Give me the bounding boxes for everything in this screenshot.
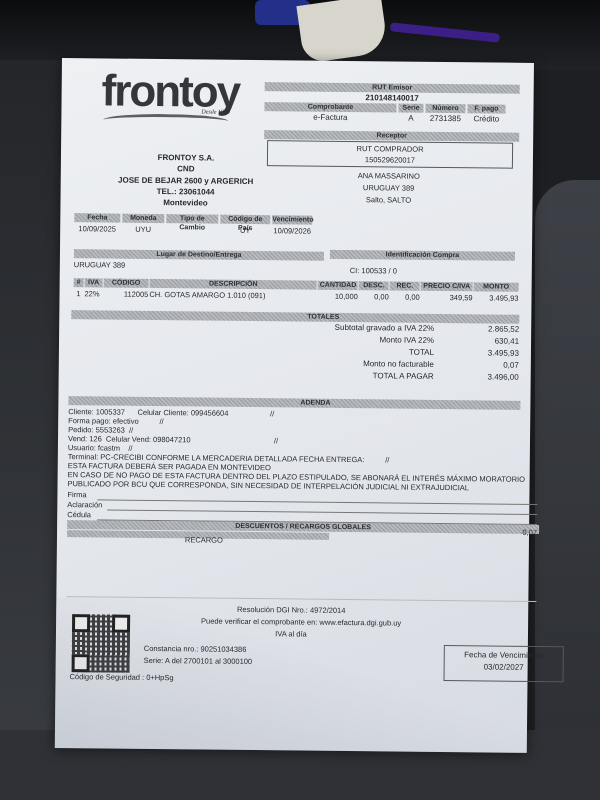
items-col-header: PRECIO C/IVA	[421, 282, 473, 292]
items-col-header: DESCRIPCIÓN	[149, 279, 317, 290]
adenda-lines: Cliente: 1005337 Celular Cliente: 099456…	[67, 407, 538, 493]
header-codigo-pais: Código de País	[220, 215, 270, 225]
aclaracion-line	[107, 509, 537, 515]
value-fecha: 10/09/2025	[74, 224, 120, 233]
table-cell: 22%	[84, 289, 102, 298]
items-col-header: IVA	[85, 278, 103, 287]
totals-value: 3.495,93	[434, 348, 519, 361]
background-seat-right	[535, 180, 600, 800]
items-body: 122%112005CH. GOTAS AMARGO 1.010 (091)10…	[73, 289, 518, 303]
value-vencimiento: 10/09/2026	[272, 226, 312, 235]
receptor-rut-box: RUT COMPRADOR 150529620017	[267, 140, 513, 169]
table-cell: 10,000	[318, 292, 358, 301]
invoice-paper: frontoy Desde 1990 FRONTOY S.A. CND JOSE…	[55, 58, 534, 753]
company-address: JOSE DE BEJAR 2600 y ARGERICH	[91, 175, 281, 186]
firma-label: Firma	[67, 490, 86, 499]
totals-value: 2.865,52	[434, 324, 519, 337]
aclaracion-label: Aclaración	[67, 500, 102, 509]
header-fecha: Fecha	[74, 213, 120, 222]
company-phone: TEL.: 23061044	[111, 187, 261, 198]
value-comprobante: e-Factura	[264, 112, 396, 122]
firma-line	[97, 499, 537, 505]
table-cell: 0,00	[390, 292, 420, 301]
table-row: 122%112005CH. GOTAS AMARGO 1.010 (091)10…	[73, 289, 518, 303]
items-col-header: CÓDIGO	[104, 278, 149, 287]
totals-list: Subtotal gravado a IVA 22%2.865,52Monto …	[259, 322, 522, 385]
items-col-header: DESC.	[359, 281, 389, 290]
recargo-label: RECARGO	[185, 535, 223, 544]
company-city: Montevideo	[110, 198, 260, 209]
totals-row: TOTAL A PAGAR3.496,00	[259, 370, 521, 385]
header-serie: Serie	[398, 104, 423, 113]
header-tipo-cambio: Tipo de Cambio	[166, 214, 218, 224]
company-branch: CND	[111, 164, 261, 175]
identificacion-value: CI: 100533 / 0	[350, 266, 397, 275]
identificacion-header: Identificación Compra	[330, 250, 515, 261]
receptor-address: URUGUAY 389	[264, 182, 514, 194]
recargo-value: 0,07	[467, 527, 537, 537]
destino-value: URUGUAY 389	[74, 260, 126, 270]
totals-label: TOTAL A PAGAR	[259, 370, 434, 384]
receptor-city: Salto, SALTO	[263, 194, 513, 206]
items-col-header: REC.	[390, 281, 420, 290]
table-cell: 3.495,93	[474, 293, 519, 302]
value-numero: 2731385	[425, 114, 465, 123]
value-moneda: UYU	[122, 225, 164, 234]
header-moneda: Moneda	[122, 214, 164, 223]
receptor-rut-value: 150529620017	[268, 154, 512, 166]
items-col-header: CANTIDAD	[318, 281, 358, 290]
receptor-name: ANA MASSARINO	[264, 170, 514, 182]
header-vencimiento: Vencimiento	[272, 215, 312, 224]
table-cell: 349,59	[421, 293, 473, 303]
totals-value: 3.496,00	[434, 372, 519, 385]
table-cell: 112005	[103, 289, 148, 298]
info-values: 10/09/2025 UYU UY 10/09/2026	[74, 224, 312, 235]
header-comprobante: Comprobante	[264, 102, 396, 112]
paper-shadow	[55, 598, 529, 753]
value-serie: A	[398, 114, 423, 123]
header-numero: Número	[425, 104, 465, 113]
totals-value: 0,07	[434, 360, 519, 373]
logo-swoosh	[103, 113, 228, 127]
table-cell: 0,00	[359, 292, 389, 301]
value-fpago: Crédito	[467, 114, 505, 123]
emisor-values: e-Factura A 2731385 Crédito	[264, 112, 519, 124]
logo-tagline: Desde 1990	[201, 109, 230, 115]
items-col-header: MONTO	[474, 282, 519, 291]
items-col-header: #	[74, 278, 84, 287]
totals-value: 630,41	[434, 336, 519, 349]
table-cell: CH. GOTAS AMARGO 1.010 (091)	[149, 290, 317, 301]
company-name: FRONTOY S.A.	[111, 153, 261, 164]
value-tipo-cambio	[166, 225, 218, 235]
header-fpago: F. pago	[467, 104, 505, 113]
info-headers: Fecha Moneda Tipo de Cambio Código de Pa…	[74, 213, 312, 224]
cedula-label: Cédula	[67, 510, 91, 519]
value-codigo-pais: UY	[220, 226, 270, 236]
table-cell: 1	[73, 289, 83, 298]
destino-header: Lugar de Destino/Entrega	[74, 249, 324, 261]
receptor-rut-label: RUT COMPRADOR	[268, 143, 512, 155]
